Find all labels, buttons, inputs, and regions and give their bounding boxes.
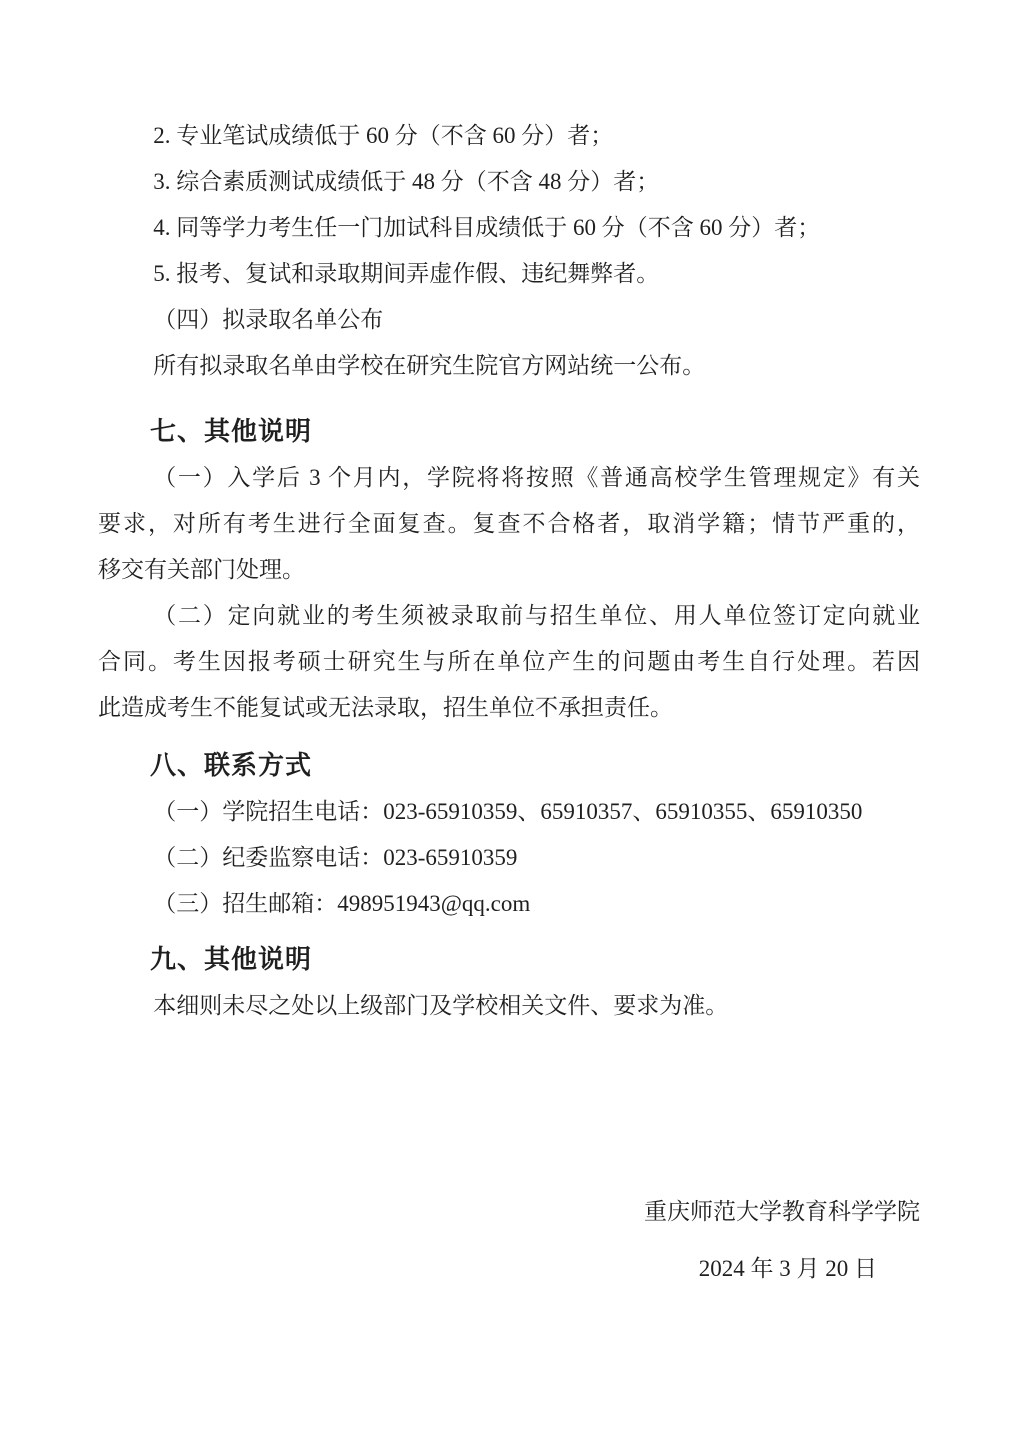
- paragraph-line: 合同。考生因报考硕士研究生与所在单位产生的问题由考生自行处理。若因: [98, 639, 920, 685]
- section-heading-8: 八、联系方式: [98, 741, 920, 789]
- rejection-item-5: 5. 报考、复试和录取期间弄虚作假、违纪舞弊者。: [98, 251, 920, 297]
- section-other-notes-7: 七、其他说明 （一）入学后 3 个月内，学院将将按照《普通高校学生管理规定》有关…: [98, 407, 920, 731]
- admission-list-body: 所有拟录取名单由学校在研究生院官方网站统一公布。: [98, 343, 920, 389]
- rejection-item-3: 3. 综合素质测试成绩低于 48 分（不含 48 分）者；: [98, 159, 920, 205]
- paragraph-line: 要求，对所有考生进行全面复查。复查不合格者，取消学籍；情节严重的，: [98, 501, 920, 547]
- admission-list-subheading: （四）拟录取名单公布: [98, 297, 920, 343]
- contact-item-supervision-phone: （二）纪委监察电话：023-65910359: [98, 835, 920, 881]
- section-contact-8: 八、联系方式 （一）学院招生电话：023-65910359、65910357、6…: [98, 741, 920, 927]
- contact-item-email: （三）招生邮箱：498951943@qq.com: [98, 881, 920, 927]
- paragraph-line: （一）入学后 3 个月内，学院将将按照《普通高校学生管理规定》有关: [98, 455, 920, 501]
- paragraph-line: 此造成考生不能复试或无法录取，招生单位不承担责任。: [98, 685, 920, 731]
- paragraph-line: 移交有关部门处理。: [98, 547, 920, 593]
- signature-block: 重庆师范大学教育科学学院 2024 年 3 月 20 日: [98, 1189, 920, 1292]
- admission-announcement: （四）拟录取名单公布 所有拟录取名单由学校在研究生院官方网站统一公布。: [98, 297, 920, 389]
- document-page: 2. 专业笔试成绩低于 60 分（不含 60 分）者； 3. 综合素质测试成绩低…: [0, 0, 1024, 1448]
- signature-organization: 重庆师范大学教育科学学院: [98, 1189, 920, 1235]
- section-heading-7: 七、其他说明: [98, 407, 920, 455]
- paragraph-line: （二）定向就业的考生须被录取前与招生单位、用人单位签订定向就业: [98, 593, 920, 639]
- section-heading-9: 九、其他说明: [98, 935, 920, 983]
- section7-paragraph-2: （二）定向就业的考生须被录取前与招生单位、用人单位签订定向就业 合同。考生因报考…: [98, 593, 920, 731]
- signature-date: 2024 年 3 月 20 日: [98, 1246, 920, 1292]
- rejection-items-list: 2. 专业笔试成绩低于 60 分（不含 60 分）者； 3. 综合素质测试成绩低…: [98, 113, 920, 297]
- rejection-item-4: 4. 同等学力考生任一门加试科目成绩低于 60 分（不含 60 分）者；: [98, 205, 920, 251]
- rejection-item-2: 2. 专业笔试成绩低于 60 分（不含 60 分）者；: [98, 113, 920, 159]
- section-other-notes-9: 九、其他说明 本细则未尽之处以上级部门及学校相关文件、要求为准。: [98, 935, 920, 1029]
- contact-item-phone: （一）学院招生电话：023-65910359、65910357、65910355…: [98, 789, 920, 835]
- section9-body: 本细则未尽之处以上级部门及学校相关文件、要求为准。: [98, 983, 920, 1029]
- section7-paragraph-1: （一）入学后 3 个月内，学院将将按照《普通高校学生管理规定》有关 要求，对所有…: [98, 455, 920, 593]
